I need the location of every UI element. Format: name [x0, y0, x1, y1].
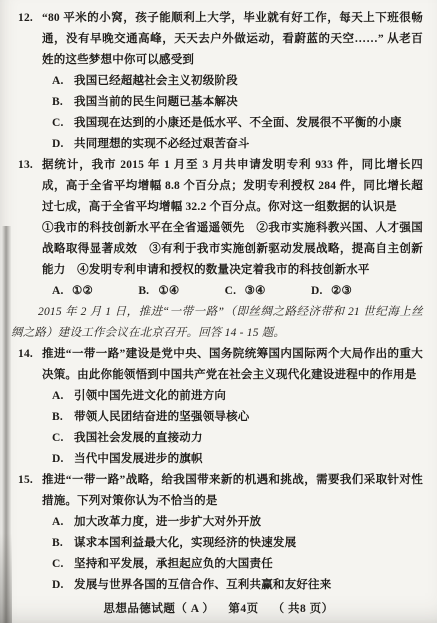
question-15: 15. 推进“一带一路”战略，给我国带来新的机遇和挑战，需要我们采取针对性措施。… — [18, 470, 423, 596]
option-text: 坚持和平发展，承担起应负的大国责任 — [74, 554, 423, 575]
question-12-body: “80 平米的小窝，孩子能顺利上大学，毕业就有好工作，每天上下班很畅通，没有早晚… — [42, 8, 423, 155]
footer-page-number: 第4页 — [228, 603, 258, 615]
option-label: B. — [52, 533, 74, 554]
option-label: D. — [52, 575, 74, 596]
question-14: 14. 推进“一带一路”建设是党中央、国务院统筹国内国际两个大局作出的重大决策。… — [18, 344, 423, 470]
option-label: B. — [52, 92, 74, 113]
question-12-number: 12. — [18, 8, 42, 155]
question-12: 12. “80 平米的小窝，孩子能顺利上大学，毕业就有好工作，每天上下班很畅通，… — [18, 8, 423, 155]
question-14-stem: 推进“一带一路”建设是党中央、国务院统筹国内国际两个大局作出的重大决策。由此你能… — [42, 344, 423, 386]
option-text: ③④ — [245, 285, 266, 297]
question-12-option-d: D. 共同理想的实现不必经过艰苦奋斗 — [52, 134, 423, 155]
option-label: C. — [52, 554, 74, 575]
question-14-option-d: D. 当代中国发展进步的旗帜 — [52, 449, 423, 470]
question-14-option-c: C. 我国社会发展的直接动力 — [52, 428, 423, 449]
question-14-number: 14. — [18, 344, 42, 470]
option-label: A. — [52, 71, 74, 92]
question-15-body: 推进“一带一路”战略，给我国带来新的机遇和挑战，需要我们采取针对性措施。下列对策… — [42, 470, 423, 596]
question-12-option-a: A. 我国已经超越社会主义初级阶段 — [52, 71, 423, 92]
question-15-option-a: A. 加大改革力度，进一步扩大对外开放 — [52, 512, 423, 533]
scan-spine-shadow — [2, 226, 11, 623]
option-text: 引领中国先进文化的前进方向 — [74, 386, 423, 407]
option-label: D. — [52, 134, 74, 155]
exam-page: 12. “80 平米的小窝，孩子能顺利上大学，毕业就有好工作，每天上下班很畅通，… — [0, 0, 437, 623]
question-13-option-c: C.③④ — [225, 281, 266, 302]
exam-content: 12. “80 平米的小窝，孩子能顺利上大学，毕业就有好工作，每天上下班很畅通，… — [18, 8, 423, 596]
option-text: 我国当前的民生问题已基本解决 — [74, 92, 423, 113]
option-label: C. — [225, 281, 245, 302]
option-text: ①④ — [158, 285, 179, 297]
page-footer: 思想品德试题（ A ）第4页（ 共8 页） — [0, 600, 437, 616]
option-label: C. — [52, 428, 74, 449]
option-label: A. — [52, 512, 74, 533]
option-text: 谋求本国利益最大化，实现经济的快速发展 — [74, 533, 423, 554]
option-text: 我国社会发展的直接动力 — [74, 428, 423, 449]
question-12-options: A. 我国已经超越社会主义初级阶段 B. 我国当前的民生问题已基本解决 C. 我… — [52, 71, 423, 155]
question-12-option-b: B. 我国当前的民生问题已基本解决 — [52, 92, 423, 113]
option-text: 共同理想的实现不必经过艰苦奋斗 — [74, 134, 423, 155]
option-text: 加大改革力度，进一步扩大对外开放 — [74, 512, 423, 533]
question-13: 13. 据统计，我市 2015 年 1 月至 3 月共申请发明专利 933 件，… — [18, 155, 423, 302]
question-13-option-d: D.②③ — [311, 281, 352, 302]
question-14-options: A. 引领中国先进文化的前进方向 B. 带领人民团结奋进的坚强领导核心 C. 我… — [52, 386, 423, 470]
option-text: ①② — [72, 285, 93, 297]
question-13-option-a: A.①② — [52, 281, 93, 302]
option-label: D. — [311, 281, 331, 302]
question-14-body: 推进“一带一路”建设是党中央、国务院统筹国内国际两个大局作出的重大决策。由此你能… — [42, 344, 423, 470]
option-label: A. — [52, 281, 72, 302]
question-13-options: A.①② B.①④ C.③④ D.②③ — [52, 281, 352, 302]
option-text: 发展与世界各国的互信合作、互利共赢和友好往来 — [74, 575, 423, 596]
question-15-number: 15. — [18, 470, 42, 596]
option-label: A. — [52, 386, 74, 407]
question-15-option-d: D. 发展与世界各国的互信合作、互利共赢和友好往来 — [52, 575, 423, 596]
question-13-number: 13. — [18, 155, 42, 302]
footer-exam-title: 思想品德试题（ A ） — [103, 603, 214, 615]
question-15-option-b: B. 谋求本国利益最大化，实现经济的快速发展 — [52, 533, 423, 554]
question-14-option-b: B. 带领人民团结奋进的坚强领导核心 — [52, 407, 423, 428]
question-12-option-c: C. 我国现在达到的小康还是低水平、不全面、发展很不平衡的小康 — [52, 113, 423, 134]
option-label: D. — [52, 449, 74, 470]
footer-total-pages: （ 共8 页） — [273, 603, 334, 615]
option-text: 当代中国发展进步的旗帜 — [74, 449, 423, 470]
question-13-statements: ①我市的科技创新水平在全省遥遥领先 ②我市实施科教兴国、人才强国战略取得显著成效… — [42, 218, 423, 281]
question-13-stem: 据统计，我市 2015 年 1 月至 3 月共申请发明专利 933 件，同比增长… — [42, 155, 423, 218]
question-13-body: 据统计，我市 2015 年 1 月至 3 月共申请发明专利 933 件，同比增长… — [42, 155, 423, 302]
question-15-stem: 推进“一带一路”战略，给我国带来新的机遇和挑战，需要我们采取针对性措施。下列对策… — [42, 470, 423, 512]
option-text: 我国已经超越社会主义初级阶段 — [74, 71, 423, 92]
reading-passage-14-15: 2015 年 2 月 1 日，推进“一带一路”（即丝绸之路经济带和 21 世纪海… — [11, 302, 423, 344]
question-15-options: A. 加大改革力度，进一步扩大对外开放 B. 谋求本国利益最大化，实现经济的快速… — [52, 512, 423, 596]
question-14-option-a: A. 引领中国先进文化的前进方向 — [52, 386, 423, 407]
option-text: 带领人民团结奋进的坚强领导核心 — [74, 407, 423, 428]
option-text: ②③ — [331, 285, 352, 297]
question-12-stem: “80 平米的小窝，孩子能顺利上大学，毕业就有好工作，每天上下班很畅通，没有早晚… — [42, 8, 423, 71]
option-text: 我国现在达到的小康还是低水平、不全面、发展很不平衡的小康 — [74, 113, 423, 134]
option-label: C. — [52, 113, 74, 134]
question-15-option-c: C. 坚持和平发展，承担起应负的大国责任 — [52, 554, 423, 575]
option-label: B. — [138, 281, 158, 302]
question-13-option-b: B.①④ — [138, 281, 179, 302]
option-label: B. — [52, 407, 74, 428]
